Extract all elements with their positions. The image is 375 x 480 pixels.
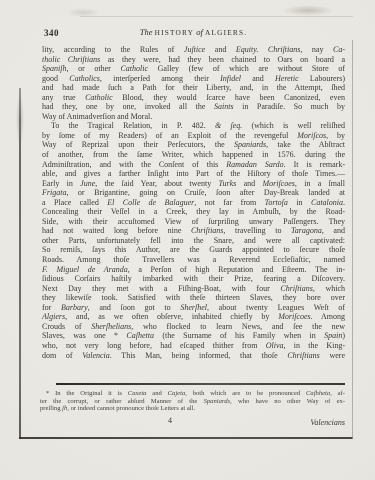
text-segment: The: [140, 27, 155, 37]
text-segment: . It is remark-: [284, 160, 345, 169]
text-segment: Labourers): [299, 74, 345, 83]
text-line: Roads. Among thoſe Travellers was a Reve…: [42, 255, 345, 265]
text-segment: Catholic: [85, 93, 113, 102]
text-segment: Side, with their accuſtomed View of ſurp…: [42, 217, 345, 226]
text-segment: Turks: [219, 179, 237, 188]
body-text: lity, according to the Rules of Juſtice …: [42, 45, 345, 360]
text-line: lity, according to the Rules of Juſtice …: [42, 45, 345, 55]
text-segment: , travelling to: [223, 226, 291, 235]
text-line: ter the corrupt, or rather abſurd Manner…: [40, 398, 345, 406]
text-segment: , both which are to be pronounced: [185, 390, 306, 397]
text-segment: they likewiſe took. Satisfied with theſe…: [42, 293, 345, 302]
text-line: F. Miguel de Aranda, a Perſon of high Re…: [42, 265, 345, 275]
text-segment: Infidel: [220, 74, 241, 83]
text-line: * In the Original it is Caxeta and Cajet…: [40, 390, 345, 398]
text-segment: . Among: [311, 312, 345, 321]
text-segment: Heretic: [275, 74, 299, 83]
text-segment: good: [42, 74, 69, 83]
text-segment: had not waited long before nine: [42, 226, 191, 235]
text-line: by ſome of my Readers) of an Exploit of …: [42, 131, 345, 141]
text-line: other Parts, unfortunately fell into the…: [42, 236, 345, 246]
text-segment: ): [342, 331, 345, 340]
text-segment: Equity.: [236, 45, 258, 54]
text-segment: Chriſtians: [287, 351, 319, 360]
catchword: Valencians: [310, 418, 345, 427]
text-line: had not waited long before nine Chriſtia…: [42, 226, 345, 236]
paragraph: lity, according to the Rules of Juſtice …: [42, 45, 345, 121]
text-line: Way of Animadverſion and Moral.: [42, 112, 345, 122]
text-segment: able, and gives a farther Inſight into P…: [42, 169, 345, 178]
text-segment: Chriſtians: [191, 226, 223, 235]
text-segment: , and ſoon got to: [88, 303, 181, 312]
text-line: any true Catholic Blood, they would ſcar…: [42, 93, 345, 103]
text-line: they likewiſe took. Satisfied with theſe…: [42, 293, 345, 303]
text-segment: Early in: [42, 179, 80, 188]
text-segment: Catholics: [69, 74, 100, 83]
text-segment: Way of Reprizal upon their Perſecutors, …: [42, 140, 234, 149]
text-segment: Crouds of: [42, 322, 91, 331]
text-segment: Caxeta: [128, 390, 147, 397]
text-segment: and: [146, 390, 167, 397]
text-line: Crouds of Sherſhelians, who flocked to l…: [42, 322, 345, 332]
text-line: Side, with their accuſtomed View of ſurp…: [42, 217, 345, 227]
text-segment: , by: [326, 131, 345, 140]
text-segment: , or indeed cannot pronounce thoſe Lette…: [67, 405, 195, 412]
text-segment: , and, as we often obſerve, inhabited ch…: [65, 312, 278, 321]
text-segment: Catholic: [120, 64, 148, 73]
text-line: of another, from the ſame Writer, which …: [42, 150, 345, 160]
text-segment: a Place called: [42, 198, 107, 207]
text-line: and had made ſuch a Path for their Liber…: [42, 83, 345, 93]
text-line: Frigata, or Brigantine, going on Cruiſe,…: [42, 188, 345, 198]
text-segment: (the Surname of his Family when in: [154, 331, 324, 340]
text-segment: . This Man, being informed, that thoſe: [110, 351, 288, 360]
text-segment: Cajeta: [168, 390, 186, 397]
text-line: Spaniſh, or other Catholic Galley (few o…: [42, 64, 345, 74]
text-segment: Sherſhel: [180, 303, 207, 312]
text-line: Next Day they met with a Fiſhing-Boat, w…: [42, 284, 345, 294]
text-line: good Catholics, interſperſed among their…: [42, 74, 345, 84]
text-segment: , the ſaid Year, about twenty: [95, 179, 218, 188]
page-edge-top: [80, 16, 353, 17]
text-line: Concealing their Veſſel in a Creek, they…: [42, 207, 345, 217]
text-line: To the Tragical Relation, in P. 482. & ſ…: [42, 121, 345, 131]
text-segment: as they were, had they been chained to O…: [100, 55, 345, 64]
text-segment: Spaniards: [234, 140, 266, 149]
stain-mark: [282, 5, 334, 16]
text-line: So remiſs, ſays this Author, are the Gua…: [42, 245, 345, 255]
text-segment: Blood, they would ſcarce have been Canon…: [113, 93, 345, 102]
text-segment: , nay: [300, 45, 333, 54]
footnote: * In the Original it is Caxeta and Cajet…: [40, 390, 345, 413]
text-segment: (which is well reliſhed: [242, 121, 345, 130]
text-line: Algiers, and, as we often obſerve, inhab…: [42, 312, 345, 322]
text-segment: lity, according to the Rules of: [42, 45, 184, 54]
text-segment: of another, from the ſame Writer, which …: [42, 150, 345, 159]
text-segment: & ſeq.: [215, 121, 242, 130]
text-segment: Way of Animadverſion and Moral.: [42, 112, 152, 121]
signature-mark: 4: [168, 416, 172, 425]
text-segment: other Parts, unfortunately fell into the…: [42, 236, 345, 245]
page-number: 340: [44, 28, 59, 38]
text-segment: Roads. Among thoſe Travellers was a Reve…: [42, 255, 345, 264]
text-segment: Taragona: [291, 226, 322, 235]
page-footer: 4 Valencians: [42, 414, 345, 430]
text-segment: , or other: [66, 64, 120, 73]
text-line: able, and gives a farther Inſight into P…: [42, 169, 345, 179]
text-segment: El Colle de Balaguer: [107, 198, 194, 207]
text-line: preſſing ſh, or indeed cannot pronounce …: [40, 405, 345, 413]
text-segment: , in a ſmall: [295, 179, 345, 188]
text-segment: Moriſcoes: [262, 179, 294, 188]
text-segment: * In the Original it is: [46, 390, 128, 397]
text-segment: Slaves, was one *: [42, 331, 126, 340]
text-segment: any true: [42, 93, 85, 102]
text-segment: Spaniards: [204, 398, 231, 405]
text-segment: Valencia: [82, 351, 110, 360]
text-segment: Chriſtians: [268, 45, 300, 54]
text-segment: in: [288, 198, 311, 207]
text-segment: Algiers: [42, 312, 65, 321]
text-segment: , who flocked to learn News, and ſee the…: [131, 322, 345, 331]
text-segment: Oliva: [266, 341, 284, 350]
text-segment: So remiſs, ſays this Author, are the Gua…: [42, 245, 345, 254]
text-segment: were: [320, 351, 345, 360]
text-segment: June: [80, 179, 95, 188]
text-line: ſidious Corſairs haſtily imbarked with t…: [42, 274, 345, 284]
text-segment: by ſome of my Readers) of an Exploit of …: [42, 131, 297, 140]
text-segment: , a Perſon of high Reputation and Eſteem…: [128, 265, 345, 274]
text-segment: Ramadan Sardo: [226, 160, 283, 169]
text-segment: , not far from: [194, 198, 264, 207]
text-segment: , and: [322, 226, 345, 235]
text-segment: Chriſtians: [280, 284, 312, 293]
text-segment: F. Miguel de Aranda: [42, 265, 128, 274]
text-segment: ALGIERS.: [205, 28, 247, 37]
text-line: tholic Chriſtians as they were, had they…: [42, 55, 345, 65]
text-segment: , interſperſed among their: [100, 74, 220, 83]
text-segment: preſſing: [40, 405, 62, 412]
text-segment: Caſhheta: [306, 390, 330, 397]
text-segment: of: [194, 27, 205, 37]
text-segment: ter the corrupt, or rather abſurd Manner…: [40, 398, 204, 405]
text-segment: , about twenty Leagues Weſt of: [207, 303, 345, 312]
text-segment: Barbary: [61, 303, 88, 312]
text-line: a Place called El Colle de Balaguer, not…: [42, 198, 345, 208]
text-segment: in Paradiſe. So much by: [234, 102, 345, 111]
text-segment: Next Day they met with a Fiſhing-Boat, w…: [42, 284, 280, 293]
page-edge-left: [19, 88, 21, 439]
text-segment: tholic Chriſtians: [42, 55, 100, 64]
text-line: for Barbary, and ſoon got to Sherſhel, a…: [42, 303, 345, 313]
text-segment: and: [236, 179, 262, 188]
text-segment: ſidious Corſairs haſtily imbarked with t…: [42, 274, 345, 283]
text-segment: , in the King-: [284, 341, 345, 350]
text-segment: for: [42, 303, 61, 312]
text-segment: , or Brigantine, going on Cruiſe, ſoon a…: [66, 188, 345, 197]
page-edge-bottom: [19, 437, 353, 439]
text-segment: .: [343, 198, 345, 207]
book-page: 340 The HISTORY of ALGIERS. lity, accord…: [0, 0, 375, 480]
text-line: dom of Valencia. This Man, being informe…: [42, 351, 345, 361]
text-segment: Saints: [214, 102, 234, 111]
text-segment: [258, 45, 268, 54]
text-line: Early in June, the ſaid Year, about twen…: [42, 179, 345, 189]
text-segment: HISTORY: [155, 28, 195, 37]
running-title: The HISTORY of ALGIERS.: [42, 27, 345, 37]
paragraph: To the Tragical Relation, in P. 482. & ſ…: [42, 121, 345, 360]
text-segment: and: [241, 74, 275, 83]
text-segment: Concealing their Veſſel in a Creek, they…: [42, 207, 345, 216]
text-segment: Frigata: [42, 188, 66, 197]
text-segment: Sherſhelians: [91, 322, 131, 331]
text-segment: , af-: [330, 390, 345, 397]
text-line: Adminiſtration, and with the Conſent of …: [42, 160, 345, 170]
text-segment: , which: [313, 284, 345, 293]
text-segment: To the Tragical Relation, in P. 482.: [51, 121, 215, 130]
page-header: 340 The HISTORY of ALGIERS.: [42, 27, 345, 41]
text-segment: Moriſcos: [297, 131, 326, 140]
text-segment: and: [205, 45, 236, 54]
text-segment: Catalonia: [311, 198, 343, 207]
text-segment: Moriſcoes: [278, 312, 310, 321]
canvas: { "colors": { "paper": "#e9e7e1", "ink":…: [0, 0, 375, 480]
text-line: Slaves, was one * Caſhetta (the Surname …: [42, 331, 345, 341]
text-segment: dom of: [42, 351, 82, 360]
text-segment: Spain: [324, 331, 342, 340]
text-segment: , who have no other Way of ex-: [230, 398, 345, 405]
page-edge-right: [352, 40, 353, 439]
text-segment: Caſhetta: [126, 331, 154, 340]
text-segment: Ca-: [333, 45, 345, 54]
text-segment: who, not very long before, had eſcaped t…: [42, 341, 266, 350]
text-line: who, not very long before, had eſcaped t…: [42, 341, 345, 351]
text-segment: Tortoſa: [265, 198, 288, 207]
footnote-rule: [56, 383, 345, 385]
text-segment: had they, one by one, invoked all the: [42, 102, 214, 111]
text-segment: Spaniſh: [42, 64, 66, 73]
text-segment: Juſtice: [184, 45, 205, 54]
text-segment: , take the Abſtract: [266, 140, 345, 149]
text-segment: Adminiſtration, and with the Conſent of …: [42, 160, 226, 169]
text-line: had they, one by one, invoked all the Sa…: [42, 102, 345, 112]
text-line: Way of Reprizal upon their Perſecutors, …: [42, 140, 345, 150]
text-segment: Galley (few of which are without Store o…: [148, 64, 345, 73]
text-segment: and had made ſuch a Path for their Liber…: [42, 83, 345, 92]
